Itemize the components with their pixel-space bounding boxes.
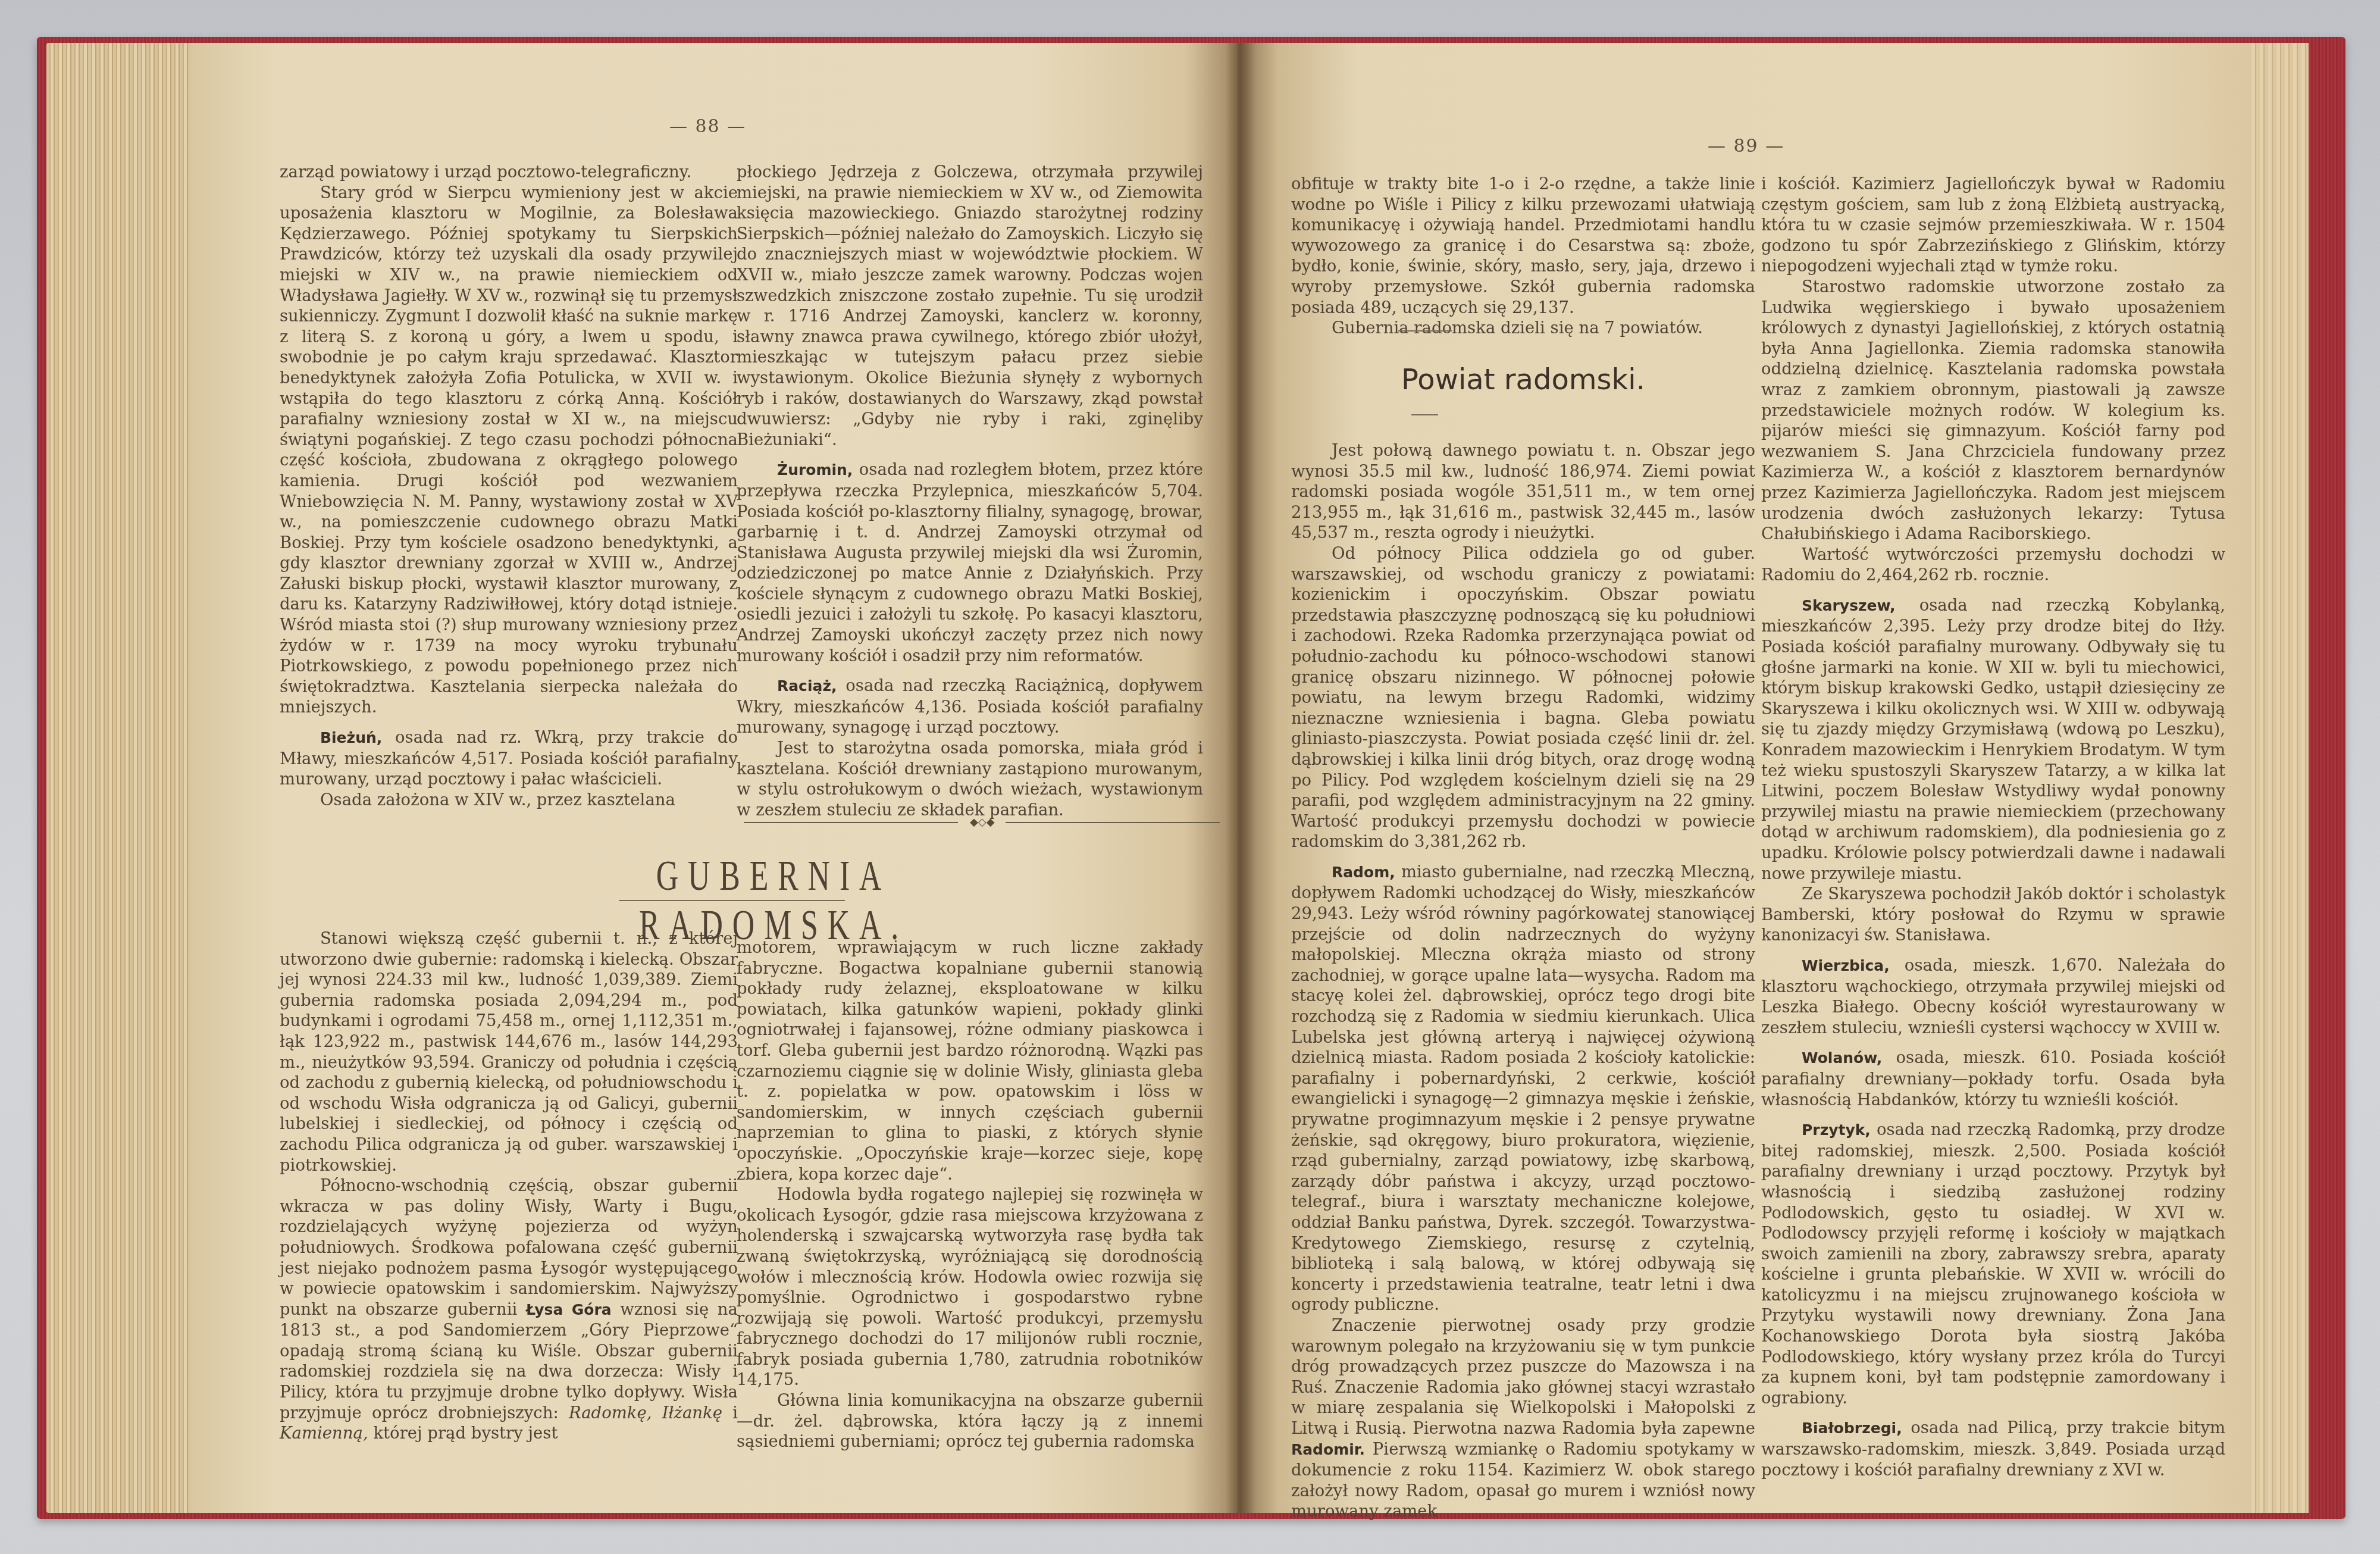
paragraph: Główna linia komunikacyjna na obszarze g… [737, 1390, 1203, 1452]
paragraph: Ze Skaryszewa pochodził Jakób doktór i s… [1761, 884, 2225, 946]
paragraph: Radom, miasto gubernialne, nad rzeczką M… [1291, 862, 1755, 1315]
ornament-rule-right [1006, 822, 1220, 823]
paragraph: Żuromin, osada nad rozległem błotem, prz… [737, 459, 1203, 666]
paragraph: Stanowi większą część gubernii t. n., z … [280, 928, 738, 1175]
left-column-2-bottom: motorem, wprawiającym w ruch liczne zakł… [737, 937, 1203, 1452]
paragraph: Hodowla bydła rogatego najlepiej się roz… [737, 1184, 1203, 1390]
paragraph: Wolanów, osada, mieszk. 610. Posiada koś… [1761, 1048, 2225, 1110]
paragraph: i kościół. Kazimierz Jagiellończyk bywał… [1761, 174, 2225, 277]
section-ornament: ◆◇◆ [744, 817, 1220, 828]
paragraph: zarząd powiatowy i urząd pocztowo-telegr… [280, 162, 738, 183]
left-page-edges [46, 43, 201, 1513]
ornament-rule-left [744, 822, 958, 823]
left-column-1-bottom: Stanowi większą część gubernii t. n., z … [280, 928, 738, 1444]
paragraph: Gubernia radomska dzieli się na 7 powiat… [1291, 318, 1755, 339]
paragraph: Znaczenie pierwotnej osady przy grodzie … [1291, 1315, 1755, 1522]
paragraph: Skaryszew, osada nad rzeczką Kobylanką, … [1761, 595, 2225, 884]
page-number-left: — 88 — [669, 116, 746, 137]
paragraph: Bieżuń, osada nad rz. Wkrą, przy trakcie… [280, 727, 738, 790]
right-page-edges [2243, 43, 2309, 1513]
paragraph: Wierzbica, osada, mieszk. 1,670. Należał… [1761, 955, 2225, 1038]
section-title-powiat: Powiat radomski. [1309, 363, 1737, 396]
ornament-diamond-icon: ◆◇◆ [970, 818, 994, 827]
page-number-right: — 89 — [1708, 136, 1784, 157]
right-column-1-top: obfituje w trakty bite 1-o i 2-o rzędne,… [1291, 174, 1755, 339]
left-column-1-top: zarząd powiatowy i urząd pocztowo-telegr… [280, 162, 738, 810]
rule-above-powiat [1398, 330, 1452, 332]
right-column-1: Jest połową dawnego powiatu t. n. Obszar… [1291, 440, 1755, 1522]
paragraph: Starostwo radomskie utworzone zostało za… [1761, 277, 2225, 545]
title-underline [619, 900, 845, 901]
paragraph: Jest połową dawnego powiatu t. n. Obszar… [1291, 440, 1755, 543]
paragraph: obfituje w trakty bite 1-o i 2-o rzędne,… [1291, 174, 1755, 318]
book-gutter [1226, 43, 1255, 1513]
paragraph: Stary gród w Sierpcu wymieniony jest w a… [280, 183, 738, 718]
left-column-2-top: płockiego Jędrzeja z Golczewa, otrzymała… [737, 162, 1203, 820]
paragraph: motorem, wprawiającym w ruch liczne zakł… [737, 937, 1203, 1184]
paragraph: Wartość wytwórczości przemysłu dochodzi … [1761, 545, 2225, 586]
paragraph: Osada założona w XIV w., przez kasztelan… [280, 790, 738, 811]
paragraph: Północno-wschodnią częścią, obszar guber… [280, 1175, 738, 1444]
right-column-2: i kościół. Kazimierz Jagiellończyk bywał… [1761, 174, 2225, 1480]
paragraph: Jest to starożytna osada pomorska, miała… [737, 738, 1203, 820]
paragraph: Raciąż, osada nad rzeczką Raciążnicą, do… [737, 676, 1203, 738]
paragraph: Białobrzegi, osada nad Pilicą, przy trak… [1761, 1418, 2225, 1480]
rule-below-powiat [1411, 414, 1438, 415]
paragraph: Od północy Pilica oddziela go od guber. … [1291, 543, 1755, 852]
paragraph: płockiego Jędrzeja z Golczewa, otrzymała… [737, 162, 1203, 450]
paragraph: Przytyk, osada nad rzeczką Radomką, przy… [1761, 1120, 2225, 1408]
